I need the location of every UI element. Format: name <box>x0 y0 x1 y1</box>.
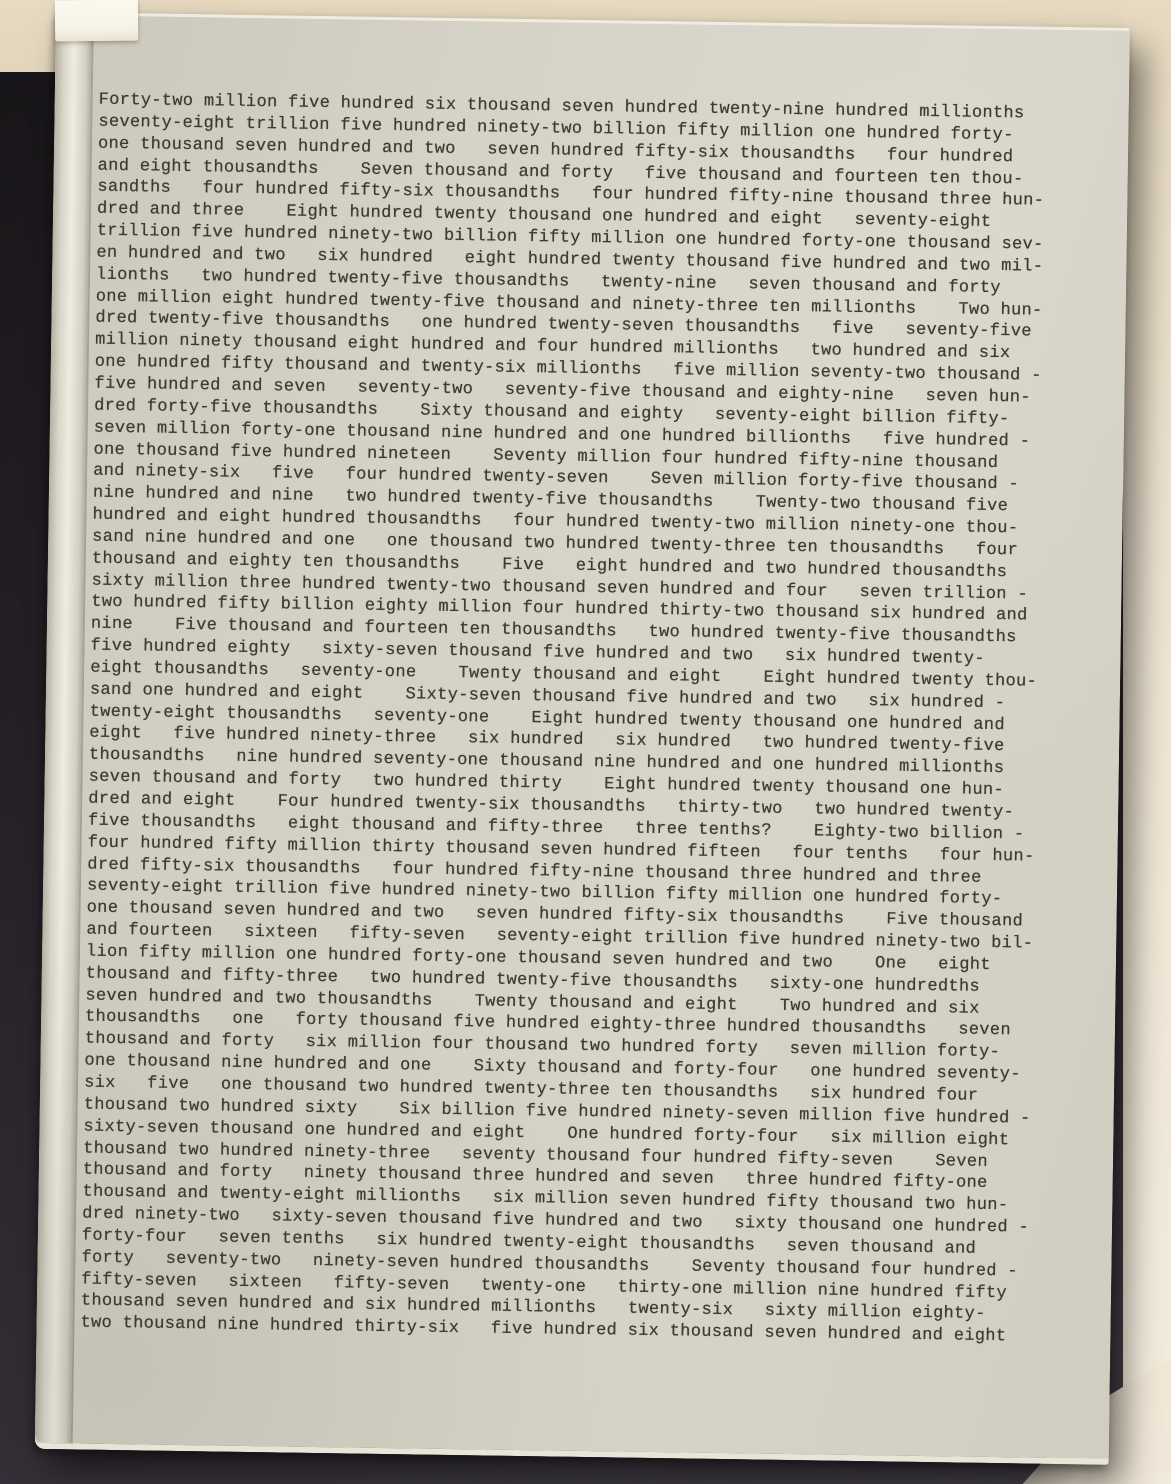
photo-of-book: Forty-two million five hundred six thous… <box>0 0 1171 1484</box>
wall-background-right <box>1123 0 1171 1484</box>
paper-slip-tab <box>55 0 138 41</box>
typed-text-block: Forty-two million five hundred six thous… <box>80 90 1083 1350</box>
book-cover: Forty-two million five hundred six thous… <box>35 12 1130 1465</box>
